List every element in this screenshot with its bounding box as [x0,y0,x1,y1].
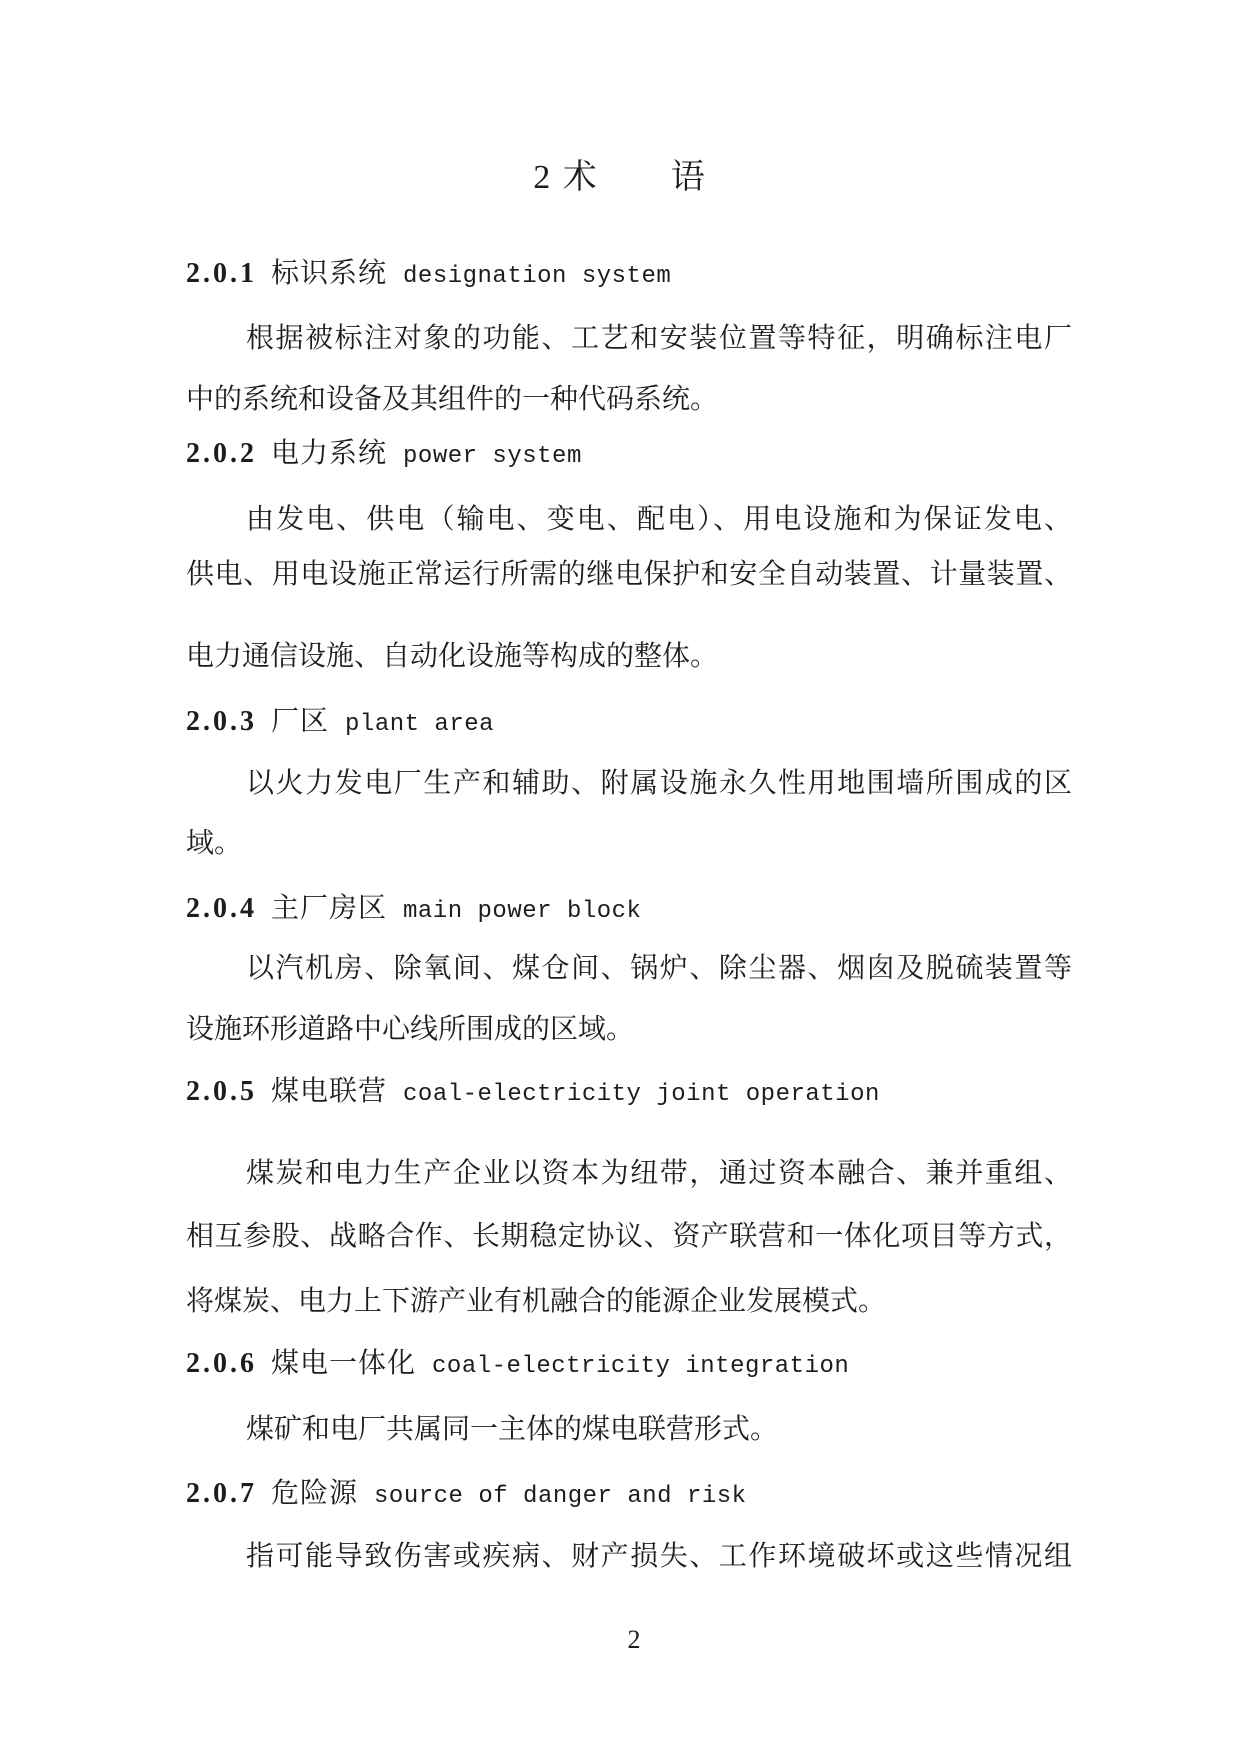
section-heading-2-0-2: 2.0.2电力系统power system [186,434,1072,477]
definition-line: 以火力发电厂生产和辅助、附属设施永久性用地围墙所围成的区 [186,764,1072,804]
term-chinese: 电力系统 [271,438,387,469]
term-english: main power block [403,898,641,925]
definition-line: 煤炭和电力生产企业以资本为纽带，通过资本融合、兼并重组、 [186,1154,1072,1194]
term-chinese: 煤电一体化 [271,1348,416,1379]
term-english: designation system [403,263,671,290]
section-heading-2-0-3: 2.0.3厂区plant area [186,702,1072,745]
definition-line: 相互参股、战略合作、长期稳定协议、资产联营和一体化项目等方式， [186,1217,1072,1257]
term-english: coal-electricity joint operation [403,1081,880,1108]
term-chinese: 标识系统 [271,258,387,289]
definition-line: 域。 [186,824,1072,864]
definition-line: 指可能导致伤害或疾病、财产损失、工作环境破坏或这些情况组 [186,1537,1072,1577]
term-english: source of danger and risk [374,1483,747,1510]
section-heading-2-0-4: 2.0.4主厂房区main power block [186,889,1072,932]
definition-line: 设施环形道路中心线所围成的区域。 [186,1010,1072,1050]
definition-line: 煤矿和电厂共属同一主体的煤电联营形式。 [186,1410,1072,1450]
definition-line: 以汽机房、除氧间、煤仓间、锅炉、除尘器、烟囱及脱硫装置等 [186,949,1072,989]
section-heading-2-0-7: 2.0.7危险源source of danger and risk [186,1474,1072,1517]
section-heading-2-0-6: 2.0.6煤电一体化coal-electricity integration [186,1344,1072,1387]
document-page: 2 术 语 2.0.1标识系统designation system 根据被标注对… [0,0,1240,1753]
section-number: 2.0.2 [186,438,257,469]
section-number: 2.0.1 [186,258,257,289]
term-english: coal-electricity integration [432,1353,849,1380]
definition-line: 电力通信设施、自动化设施等构成的整体。 [186,637,1072,677]
page-number: 2 [0,1624,1240,1656]
definition-line: 将煤炭、电力上下游产业有机融合的能源企业发展模式。 [186,1282,1072,1322]
chapter-title: 2 术 语 [0,156,1240,200]
section-number: 2.0.7 [186,1478,257,1509]
section-heading-2-0-1: 2.0.1标识系统designation system [186,254,1072,297]
definition-line: 根据被标注对象的功能、工艺和安装位置等特征，明确标注电厂 [186,319,1072,359]
term-english: plant area [345,711,494,738]
section-heading-2-0-5: 2.0.5煤电联营coal-electricity joint operatio… [186,1072,1072,1115]
term-chinese: 厂区 [271,706,329,737]
definition-line: 供电、用电设施正常运行所需的继电保护和安全自动装置、计量装置、 [186,555,1072,595]
term-chinese: 煤电联营 [271,1076,387,1107]
section-number: 2.0.3 [186,706,257,737]
definition-line: 由发电、供电（输电、变电、配电）、用电设施和为保证发电、 [186,500,1072,540]
term-english: power system [403,443,582,470]
term-chinese: 危险源 [271,1478,358,1509]
section-number: 2.0.6 [186,1348,257,1379]
section-number: 2.0.5 [186,1076,257,1107]
term-chinese: 主厂房区 [271,893,387,924]
section-number: 2.0.4 [186,893,257,924]
definition-line: 中的系统和设备及其组件的一种代码系统。 [186,380,1072,420]
